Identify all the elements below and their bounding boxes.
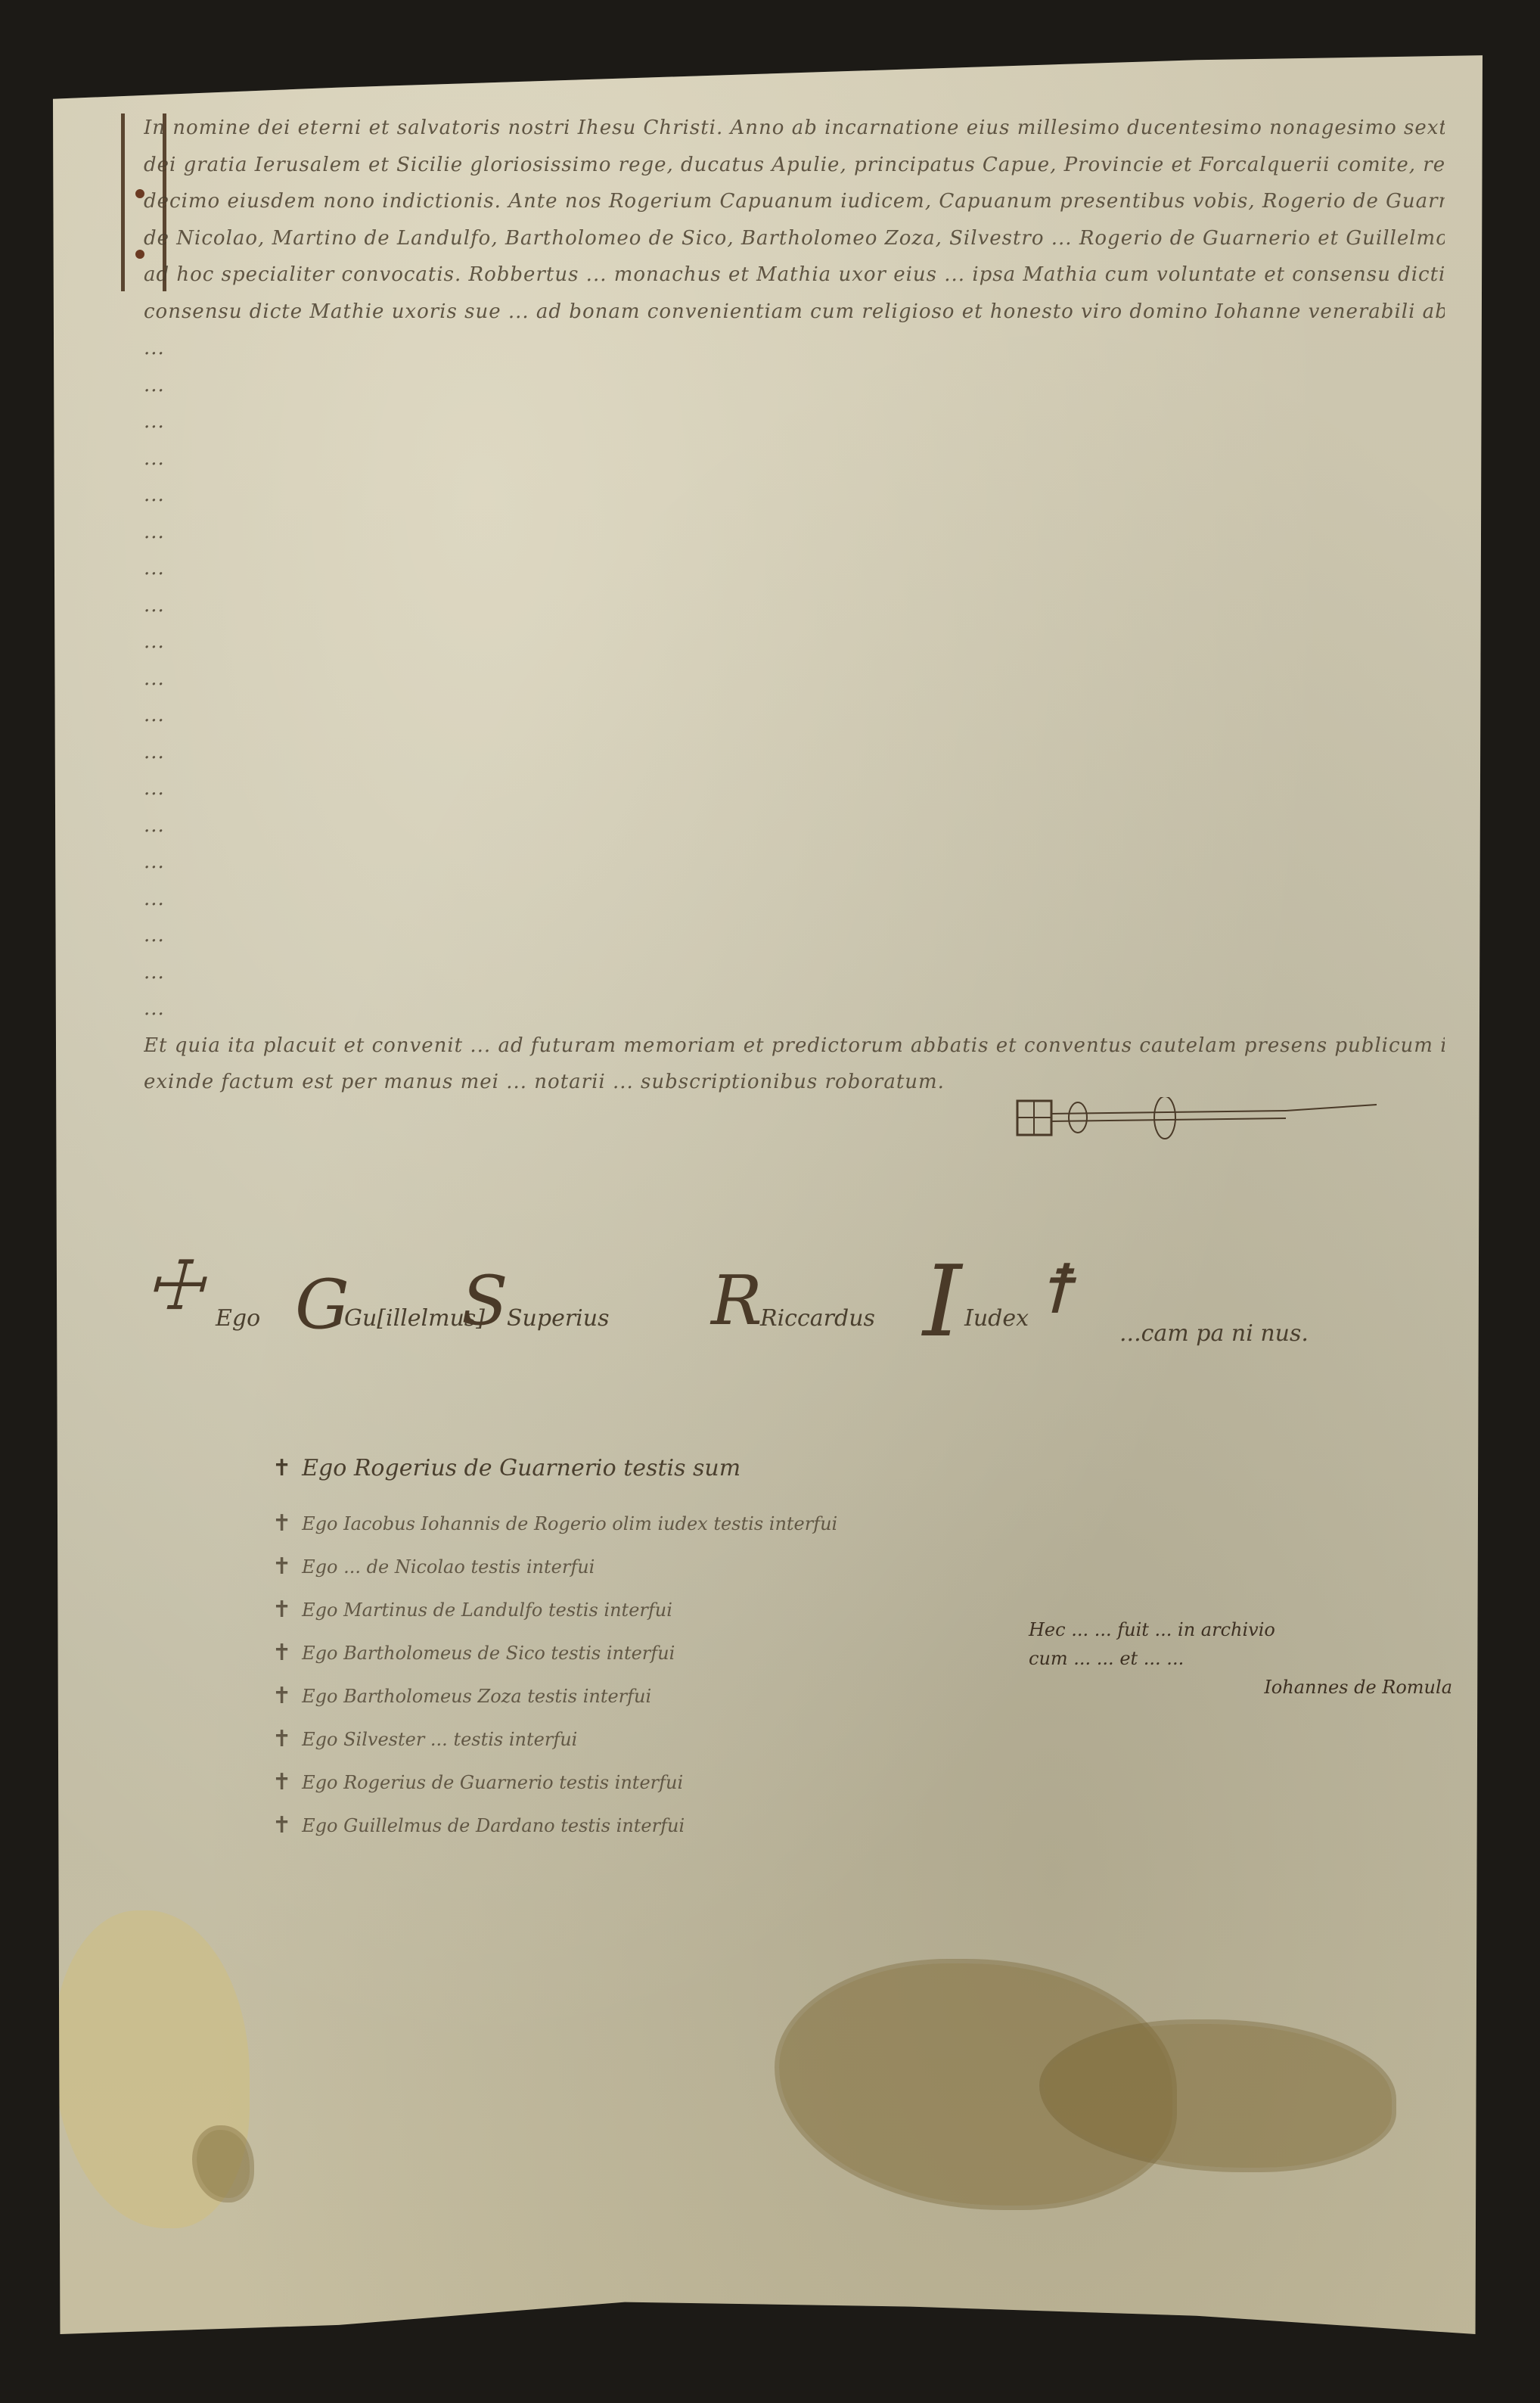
witness-entry: ✝ Ego Rogerius de Guarnerio testis sum	[272, 1434, 877, 1502]
charter-line: ...	[144, 330, 1445, 367]
witness-entry: ✝ Ego Martinus de Landulfo testis interf…	[272, 1588, 877, 1631]
witness-entry: ✝ Ego Silvester ... testis interfui	[272, 1718, 877, 1761]
charter-line: exinde factum est per manus mei ... nota…	[144, 1064, 1445, 1101]
cross-icon: ✝	[272, 1769, 291, 1795]
note-signature: Iohannes de Romula	[1029, 1673, 1483, 1702]
charter-line: ...	[144, 734, 1445, 771]
witness-entry: ✝ Ego Bartholomeus de Sico testis interf…	[272, 1631, 877, 1674]
cross-icon: ✝	[272, 1455, 291, 1481]
cross-icon: ✝	[272, 1510, 291, 1537]
witness-text: Ego ... de Nicolao testis interfui	[302, 1556, 595, 1578]
charter-line: ...	[144, 807, 1445, 844]
charter-line: ...	[144, 990, 1445, 1027]
subscription-superius: Superius	[507, 1305, 609, 1332]
subscription-ego: Ego	[216, 1305, 260, 1332]
witness-text: Ego Bartholomeus Zoza testis interfui	[302, 1686, 651, 1707]
subscription-iudex: Iudex	[964, 1305, 1029, 1332]
note-line: Hec ... ... fuit ... in archivio	[1029, 1615, 1483, 1644]
witness-entry: ✝ Ego ... de Nicolao testis interfui	[272, 1545, 877, 1588]
charter-line: ...	[144, 661, 1445, 698]
cross-monogram-icon: ☩	[144, 1252, 205, 1320]
charter-line: ...	[144, 954, 1445, 991]
witness-text: Ego Silvester ... testis interfui	[302, 1729, 577, 1750]
cross-icon: ✝	[272, 1683, 291, 1709]
charter-line: ...	[144, 587, 1445, 624]
charter-line: ...	[144, 917, 1445, 954]
witness-entry: ✝ Ego Bartholomeus Zoza testis interfui	[272, 1674, 877, 1718]
charter-line: ad hoc specialiter convocatis. Robbertus…	[144, 256, 1445, 294]
charter-line: ...	[144, 477, 1445, 514]
witness-entry: ✝ Ego Guillelmus de Dardano testis inter…	[272, 1804, 877, 1847]
charter-line: ...	[144, 440, 1445, 477]
charter-line: ...	[144, 697, 1445, 734]
subscription-tail: ...cam pa ni nus.	[1119, 1320, 1309, 1347]
letter-g-monogram-icon: G	[295, 1271, 349, 1339]
triple-cross-monogram-icon: ☨	[1036, 1256, 1073, 1324]
parchment-sheet: In nomine dei eterni et salvatoris nostr…	[53, 42, 1483, 2334]
witness-entry: ✝ Ego Iacobus Iohannis de Rogerio olim i…	[272, 1502, 877, 1545]
witness-text: Ego Rogerius de Guarnerio testis interfu…	[302, 1772, 683, 1793]
witness-text: Ego Martinus de Landulfo testis interfui	[302, 1599, 672, 1621]
charter-line: ...	[144, 881, 1445, 918]
cross-icon: ✝	[272, 1553, 291, 1580]
note-line: cum ... ... et ... ...	[1029, 1644, 1483, 1673]
witness-text: Ego Bartholomeus de Sico testis interfui	[302, 1643, 675, 1664]
subscription-row: ☩ Ego G Gu[illelmus] S Superius R Riccar…	[144, 1252, 1430, 1388]
subscription-riccardus: Riccardus	[760, 1305, 875, 1332]
cross-icon: ✝	[272, 1596, 291, 1623]
charter-line: ...	[144, 770, 1445, 807]
charter-line: consensu dicte Mathie uxoris sue ... ad …	[144, 294, 1445, 331]
cross-icon: ✝	[272, 1726, 291, 1752]
witness-entry: ✝ Ego Rogerius de Guarnerio testis inter…	[272, 1761, 877, 1804]
charter-line: decimo eiusdem nono indictionis. Ante no…	[144, 183, 1445, 220]
notary-sign-icon	[1014, 1097, 1392, 1142]
charter-line: ...	[144, 367, 1445, 404]
letter-i-monogram-icon: I	[923, 1252, 961, 1351]
witness-text: Ego Guillelmus de Dardano testis interfu…	[302, 1815, 685, 1836]
witness-text: Ego Iacobus Iohannis de Rogerio olim iud…	[302, 1513, 837, 1534]
charter-line: ...	[144, 844, 1445, 881]
letter-r-monogram-icon: R	[711, 1267, 762, 1335]
charter-line: ...	[144, 550, 1445, 587]
charter-line: ...	[144, 403, 1445, 440]
cross-icon: ✝	[272, 1640, 291, 1666]
charter-body: In nomine dei eterni et salvatoris nostr…	[144, 110, 1445, 1101]
witness-list: ✝ Ego Rogerius de Guarnerio testis sum ✝…	[272, 1434, 877, 1847]
charter-line: ...	[144, 514, 1445, 551]
charter-line: de Nicolao, Martino de Landulfo, Barthol…	[144, 220, 1445, 257]
charter-line: Et quia ita placuit et convenit ... ad f…	[144, 1027, 1445, 1065]
witness-text: Ego Rogerius de Guarnerio testis sum	[302, 1455, 741, 1481]
charter-line: In nomine dei eterni et salvatoris nostr…	[144, 110, 1445, 147]
archival-note: Hec ... ... fuit ... in archivio cum ...…	[1029, 1615, 1483, 1702]
cross-icon: ✝	[272, 1812, 291, 1839]
charter-line: dei gratia Ierusalem et Sicilie gloriosi…	[144, 147, 1445, 184]
charter-line: ...	[144, 623, 1445, 661]
letter-s-monogram-icon: S	[461, 1267, 508, 1335]
